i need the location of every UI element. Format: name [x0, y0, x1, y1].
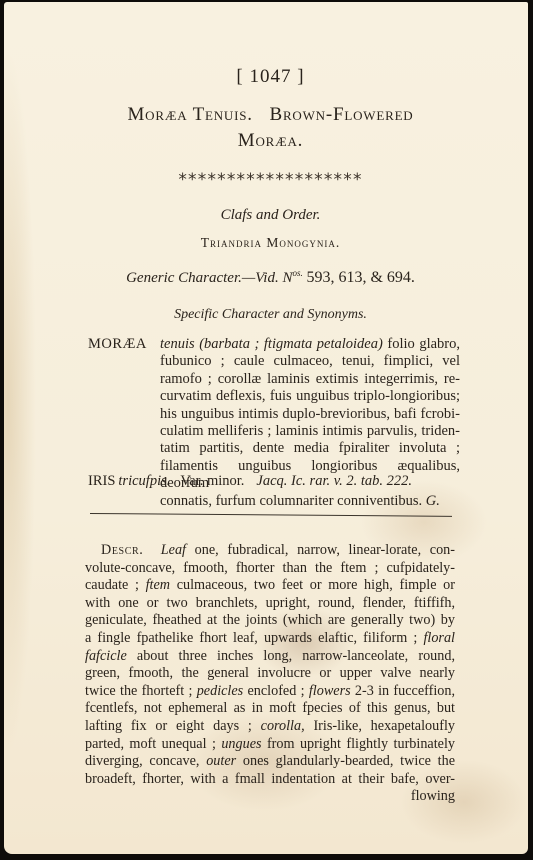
description-line: diverging, concave, outer ones glandular…	[85, 753, 455, 771]
catchword: flowing	[85, 788, 455, 806]
page-title: Moræa Tenuis. Brown-Flowered Moræa.	[4, 102, 533, 154]
iris-reference: Jacq. Ic. rar. v. 2. tab. 222.	[256, 473, 412, 489]
description-line: fafcicle about three inches long, narrow…	[85, 648, 455, 666]
iris-species: tricufpis.	[118, 473, 170, 489]
title-line-2: Moræa.	[4, 128, 533, 154]
synonym-line: culatim melliferis ; laminis intimis par…	[160, 423, 460, 440]
description-line: parted, moft unequal ; ungues from uprig…	[85, 736, 455, 754]
description-line: broadeft, fhorter, with a fmall indentat…	[85, 771, 455, 789]
synonym-line: curvatim deflexis, fuis unguibus triplo-…	[160, 388, 460, 405]
synonym-line: his unguibus intimis duplo-brevioribus, …	[160, 406, 460, 423]
description-line: Descr. Leaf one, fubradical, narrow, lin…	[85, 542, 455, 560]
class-order-heading: Clafs and Order.	[4, 207, 533, 224]
description-line: caudate ; ftem culmaceous, two feet or m…	[85, 577, 455, 595]
description-label: Descr.	[101, 542, 143, 558]
description-line: volute-concave, fmooth, fhorter than the…	[85, 560, 455, 578]
asterisk-ornament: *******************	[4, 170, 533, 190]
book-page: [ 1047 ] Moræa Tenuis. Brown-Flowered Mo…	[4, 2, 528, 854]
synonym-line: connatis, furfum columnariter conniventi…	[160, 493, 460, 510]
synonym-line: ramofo ; corollæ laminis extimis integer…	[160, 371, 460, 388]
iris-synonym-entry: IRIStricufpis.Var. minor.Jacq. Ic. rar. …	[88, 473, 418, 490]
description-line: twice the fhorteft ; pedicles enclofed ;…	[85, 683, 455, 701]
description-line: fcentlefs, not ephemeral as in moft fpec…	[85, 700, 455, 718]
moraea-genus: MORÆA	[88, 336, 147, 353]
synonym-line: fubunico ; caule culmaceo, tenui, fimpli…	[160, 353, 460, 370]
synonym-line: tatim partitis, dente media fpiraliter i…	[160, 440, 460, 457]
iris-variety: Var. minor.	[180, 473, 244, 489]
generic-character: Generic Character.—Vid. Nos. 593, 613, &…	[4, 268, 533, 287]
description-paragraph: Descr. Leaf one, fubradical, narrow, lin…	[85, 542, 455, 806]
generic-character-numbers: 593, 613, & 694.	[306, 269, 414, 286]
specific-character-heading: Specific Character and Synonyms.	[4, 307, 533, 323]
description-line: green, fmooth, the general involucre or …	[85, 665, 455, 683]
description-line: a fingle fpathelike fhort leaf, upwards …	[85, 630, 455, 648]
page-number: [ 1047 ]	[4, 66, 533, 88]
class-order-value: Triandria Monogynia.	[4, 235, 533, 251]
description-line: with one or two branchlets, upright, rou…	[85, 595, 455, 613]
generic-character-label: Generic Character.—Vid. N	[126, 270, 292, 286]
title-line-1: Moræa Tenuis. Brown-Flowered	[4, 102, 533, 128]
description-line: geniculate, fheathed at the joints (whic…	[85, 612, 455, 630]
generic-character-superscript: os.	[292, 268, 302, 278]
section-divider	[90, 513, 452, 517]
description-line: lafting fix or eight days ; corolla, Iri…	[85, 718, 455, 736]
iris-genus: IRIS	[88, 473, 115, 489]
